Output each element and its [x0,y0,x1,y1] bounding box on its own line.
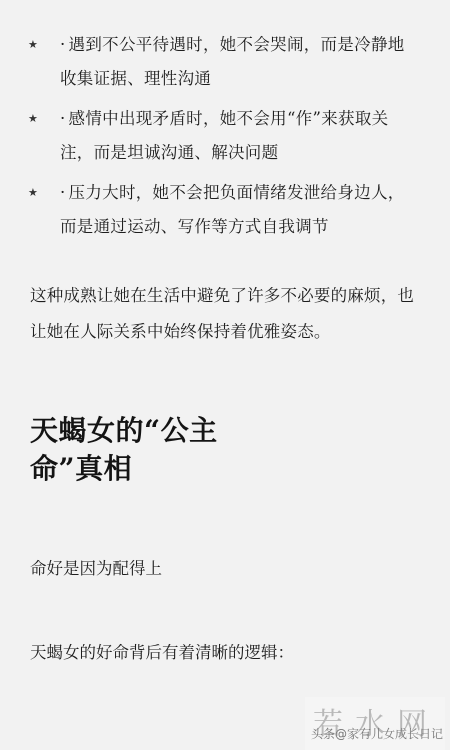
body-paragraph: 这种成熟让她在生活中避免了许多不必要的麻烦，也让她在人际关系中始终保持着优雅姿态… [30,278,425,350]
bullet-item: ★ ·压力大时，她不会把负面情绪发泄给身边人，而是通过运动、写作等方式自我调节 [0,176,450,244]
dot-marker: · [60,35,66,54]
bullet-item: ★ ·感情中出现矛盾时，她不会用“作”来获取关注，而是坦诚沟通、解决问题 [0,102,450,170]
watermark: 若水网 头条@家有儿女成长日记 [305,697,445,750]
star-icon: ★ [28,176,38,210]
dot-marker: · [60,183,66,202]
bullet-item: ★ ·遇到不公平待遇时，她不会哭闹，而是冷静地收集证据、理性沟通 [0,28,450,96]
bullet-text: 遇到不公平待遇时，她不会哭闹，而是冷静地收集证据、理性沟通 [60,35,405,88]
bullet-list: ★ ·遇到不公平待遇时，她不会哭闹，而是冷静地收集证据、理性沟通 ★ ·感情中出… [0,28,450,250]
logic-intro-text: 天蝎女的好命背后有着清晰的逻辑： [30,636,294,670]
subheading-text: 命好是因为配得上 [30,552,162,586]
bullet-text: 感情中出现矛盾时，她不会用“作”来获取关注，而是坦诚沟通、解决问题 [60,109,388,162]
star-icon: ★ [28,102,38,136]
watermark-source: 头条@家有儿女成长日记 [311,725,443,742]
dot-marker: · [60,109,66,128]
bullet-text: 压力大时，她不会把负面情绪发泄给身边人，而是通过运动、写作等方式自我调节 [60,183,405,236]
star-icon: ★ [28,28,38,62]
section-heading: 天蝎女的“公主命”真相 [30,412,250,488]
